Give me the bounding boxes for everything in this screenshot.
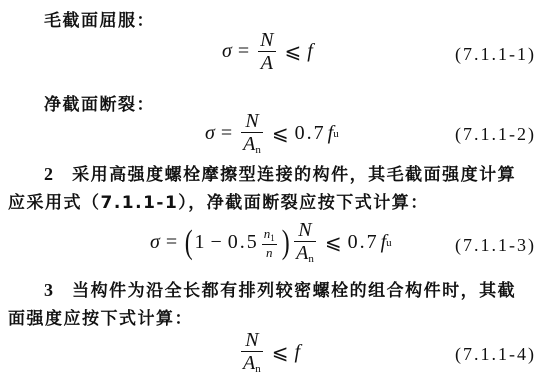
equals-sign: = <box>166 231 177 254</box>
fraction-N-over-A: N A <box>258 30 275 73</box>
equation-7-1-1-3: σ = ( 1 − 0.5 n1 n ) N An ⩽ 0.7 fu <box>150 220 392 265</box>
left-paren: ( <box>185 226 193 260</box>
heading-gross-section-yield: 毛截面屈服： <box>44 6 155 31</box>
paragraph-line: 应采用式（7.1.1-1），净截面断裂应按下式计算： <box>8 188 429 213</box>
item-number: 3 <box>44 280 53 300</box>
fraction-N-over-An: N An <box>294 220 316 265</box>
leq-sign: ⩽ <box>325 230 342 255</box>
f-symbol: f <box>294 341 300 364</box>
equation-number: (7.1.1-3) <box>455 235 536 256</box>
fraction-n1-over-n: n1 n <box>262 227 277 259</box>
leq-sign: ⩽ <box>272 340 289 365</box>
minus-sign: − <box>210 231 221 254</box>
leq-sign: ⩽ <box>272 121 289 146</box>
fraction-N-over-An: N An <box>241 111 263 156</box>
f-symbol: f <box>307 40 313 63</box>
equals-sign: = <box>221 122 232 145</box>
paragraph-line: 面强度应按下式计算： <box>8 304 193 329</box>
equals-sign: = <box>238 40 249 63</box>
paragraph-line: 采用高强度螺栓摩擦型连接的构件，其毛截面强度计算 <box>72 165 516 185</box>
coefficient: 0.7 <box>295 122 326 145</box>
equation-number: (7.1.1-2) <box>455 124 536 145</box>
right-paren: ) <box>281 226 289 260</box>
item-number: 2 <box>44 164 53 184</box>
heading-net-section-fracture: 净截面断裂： <box>44 90 155 115</box>
sigma-symbol: σ <box>222 40 232 63</box>
fraction-N-over-An: N An <box>241 330 263 375</box>
sigma-symbol: σ <box>205 122 215 145</box>
paragraph-line: 当构件为沿全长都有排列较密螺栓的组合构件时，其截 <box>72 281 516 301</box>
paragraph-item-2: 2 采用高强度螺栓摩擦型连接的构件，其毛截面强度计算 <box>44 160 516 185</box>
leq-sign: ⩽ <box>285 39 302 64</box>
equation-number: (7.1.1-4) <box>455 344 536 365</box>
equation-7-1-1-1: σ = N A ⩽ f <box>222 30 313 73</box>
paragraph-item-3: 3 当构件为沿全长都有排列较密螺栓的组合构件时，其截 <box>44 276 516 301</box>
equation-7-1-1-2: σ = N An ⩽ 0.7 fu <box>205 111 339 156</box>
equation-number: (7.1.1-1) <box>455 44 536 65</box>
sigma-symbol: σ <box>150 231 160 254</box>
equation-7-1-1-4: N An ⩽ f <box>238 330 300 375</box>
